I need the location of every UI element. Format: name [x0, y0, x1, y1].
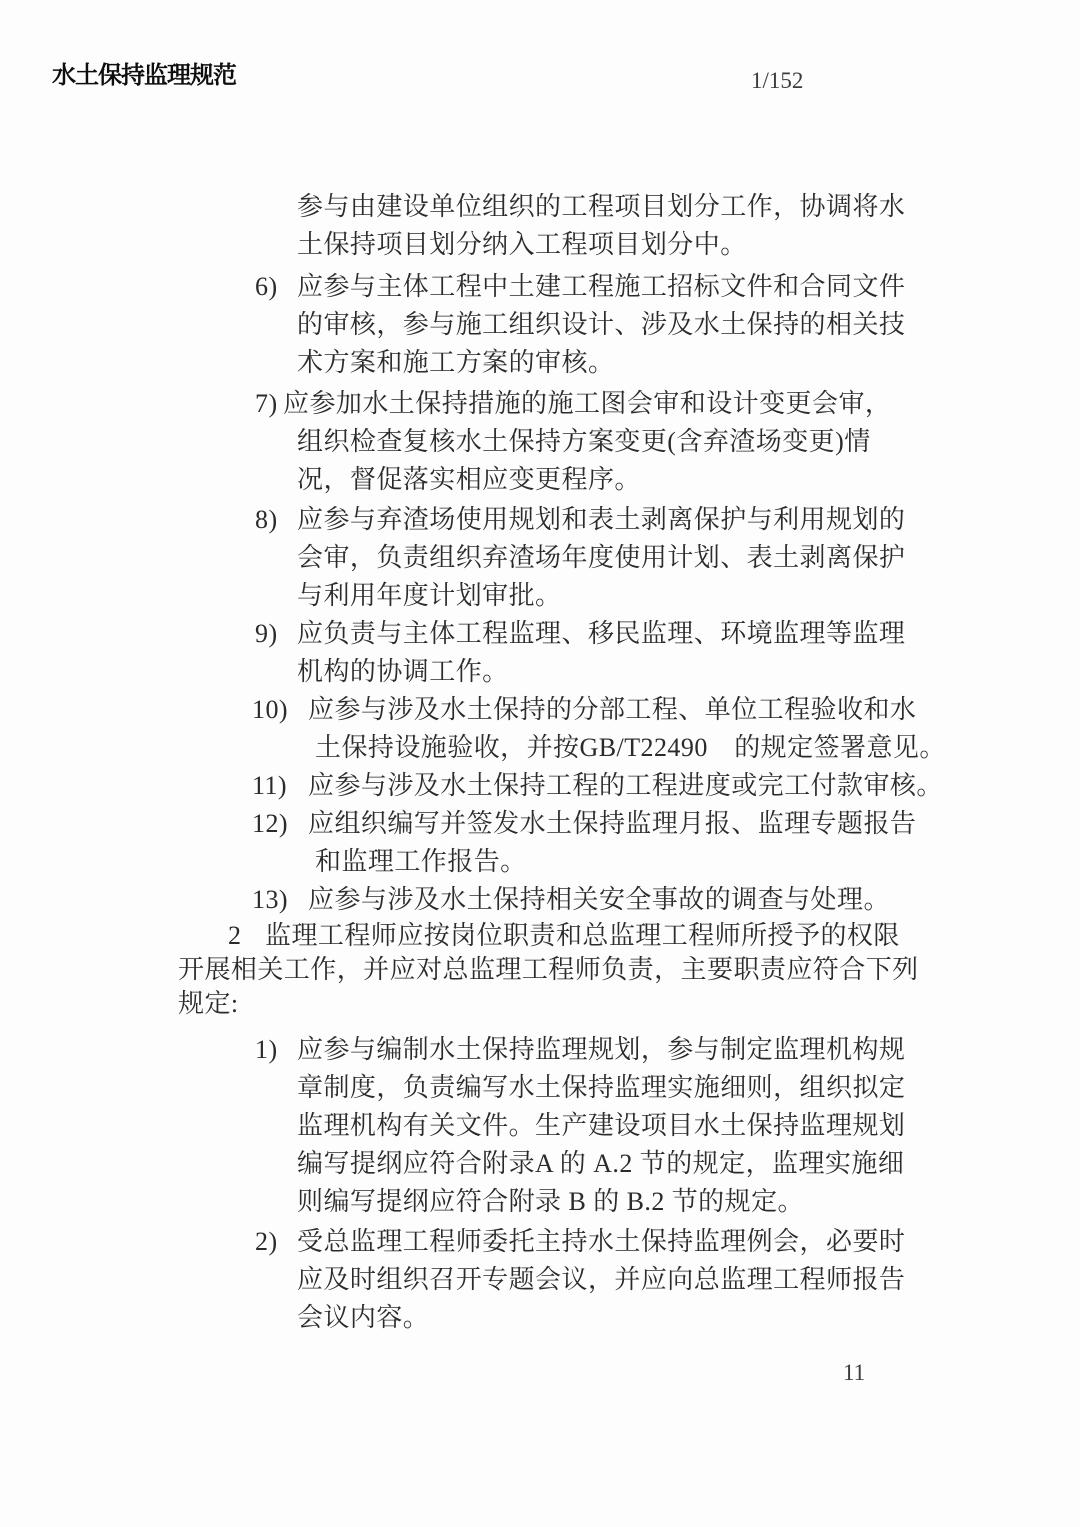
text-line: 规定: — [178, 987, 988, 1021]
text-line: 受总监理工程师委托主持水土保持监理例会，必要时 — [297, 1223, 905, 1261]
text-line: 应参与涉及水土保持的分部工程、单位工程验收和水 — [308, 691, 946, 729]
list-item-2: 2) 受总监理工程师委托主持水土保持监理例会，必要时 应及时组织召开专题会议，并… — [178, 1223, 988, 1337]
text-line: 土保持设施验收，并按GB/T22490 的规定签署意见。 — [315, 729, 946, 767]
page-number: 11 — [843, 1360, 865, 1386]
list-item-number: 9) — [255, 615, 297, 691]
text-line: 术方案和施工方案的审核。 — [297, 344, 905, 382]
text-line: 和监理工作报告。 — [315, 843, 916, 881]
text-line: 会议内容。 — [297, 1299, 905, 1337]
text-line: 开展相关工作，并应对总监理工程师负责，主要职责应符合下列 — [178, 953, 988, 987]
list-item-number: 8) — [255, 501, 297, 615]
text-line: 应负责与主体工程监理、移民监理、环境监理等监理 — [297, 615, 905, 653]
text-line: 监理工程师应按岗位职责和总监理工程师所授予的权限 — [265, 919, 900, 953]
doc-title: 水土保持监理规范 — [52, 62, 236, 90]
text-line: 应组织编写并签发水土保持监理月报、监理专题报告 — [308, 805, 916, 843]
text-line: 监理机构有关文件。生产建设项目水土保持监理规划 — [297, 1107, 905, 1145]
list-item-9: 9) 应负责与主体工程监理、移民监理、环境监理等监理 机构的协调工作。 — [178, 615, 988, 691]
page-progress-indicator: 1/152 — [751, 68, 803, 94]
text-line: 应参与涉及水土保持工程的工程进度或完工付款审核。 — [308, 767, 943, 805]
clause-number: 2 — [228, 919, 265, 953]
list-item-12: 12) 应组织编写并签发水土保持监理月报、监理专题报告 和监理工作报告。 — [178, 805, 988, 881]
text-line: 与利用年度计划审批。 — [297, 577, 905, 615]
text-line: 章制度，负责编写水土保持监理实施细则，组织拟定 — [297, 1069, 905, 1107]
text-line: 应参与涉及水土保持相关安全事故的调查与处理。 — [308, 881, 890, 919]
text-line: 组织检查复核水土保持方案变更(含弃渣场变更)情 — [297, 423, 891, 461]
text-line: 土保持项目划分纳入工程项目划分中。 — [297, 226, 988, 264]
text-line: 参与由建设单位组织的工程项目划分工作，协调将水 — [297, 188, 988, 226]
list-item-8: 8) 应参与弃渣场使用规划和表土剥离保护与利用规划的 会审，负责组织弃渣场年度使… — [178, 501, 988, 615]
text-line: 况，督促落实相应变更程序。 — [297, 461, 891, 499]
text-line: 应参与编制水土保持监理规划，参与制定监理机构规 — [297, 1031, 905, 1069]
list-item-11: 11) 应参与涉及水土保持工程的工程进度或完工付款审核。 — [178, 767, 988, 805]
list-item-number: 6) — [255, 268, 297, 382]
list-item-6: 6) 应参与主体工程中土建工程施工招标文件和合同文件 的审核，参与施工组织设计、… — [178, 268, 988, 382]
list-item-7: 7) 应参加水土保持措施的施工图会审和设计变更会审， 组织检查复核水土保持方案变… — [178, 385, 988, 499]
text-line: 则编写提纲应符合附录 B 的 B.2 节的规定。 — [297, 1183, 905, 1221]
text-line: 会审，负责组织弃渣场年度使用计划、表土剥离保护 — [297, 539, 905, 577]
clause-2-paragraph: 2 监理工程师应按岗位职责和总监理工程师所授予的权限 开展相关工作，并应对总监理… — [178, 919, 988, 1021]
list-item-continuation: 参与由建设单位组织的工程项目划分工作，协调将水 土保持项目划分纳入工程项目划分中… — [297, 188, 988, 264]
text-line: 的审核，参与施工组织设计、涉及水土保持的相关技 — [297, 306, 905, 344]
list-item-number: 10) — [252, 691, 308, 767]
list-item-number: 11) — [252, 767, 308, 805]
list-item-number: 2) — [255, 1223, 297, 1337]
list-item-1: 1) 应参与编制水土保持监理规划，参与制定监理机构规 章制度，负责编写水土保持监… — [178, 1031, 988, 1221]
document-page: 水土保持监理规范 1/152 参与由建设单位组织的工程项目划分工作，协调将水 土… — [0, 0, 1080, 1527]
text-line: 应参与弃渣场使用规划和表土剥离保护与利用规划的 — [297, 501, 905, 539]
text-line: 编写提纲应符合附录A 的 A.2 节的规定，监理实施细 — [297, 1145, 905, 1183]
text-line: 应参与主体工程中土建工程施工招标文件和合同文件 — [297, 268, 905, 306]
list-item-number: 13) — [252, 881, 308, 919]
list-item-number: 1) — [255, 1031, 297, 1221]
text-line: 应及时组织召开专题会议，并应向总监理工程师报告 — [297, 1261, 905, 1299]
text-line: 机构的协调工作。 — [297, 653, 905, 691]
list-item-number: 12) — [252, 805, 308, 881]
text-line: 应参加水土保持措施的施工图会审和设计变更会审， — [283, 385, 891, 423]
document-body: 参与由建设单位组织的工程项目划分工作，协调将水 土保持项目划分纳入工程项目划分中… — [178, 188, 988, 1337]
list-item-10: 10) 应参与涉及水土保持的分部工程、单位工程验收和水 土保持设施验收，并按GB… — [178, 691, 988, 767]
list-item-13: 13) 应参与涉及水土保持相关安全事故的调查与处理。 — [178, 881, 988, 919]
